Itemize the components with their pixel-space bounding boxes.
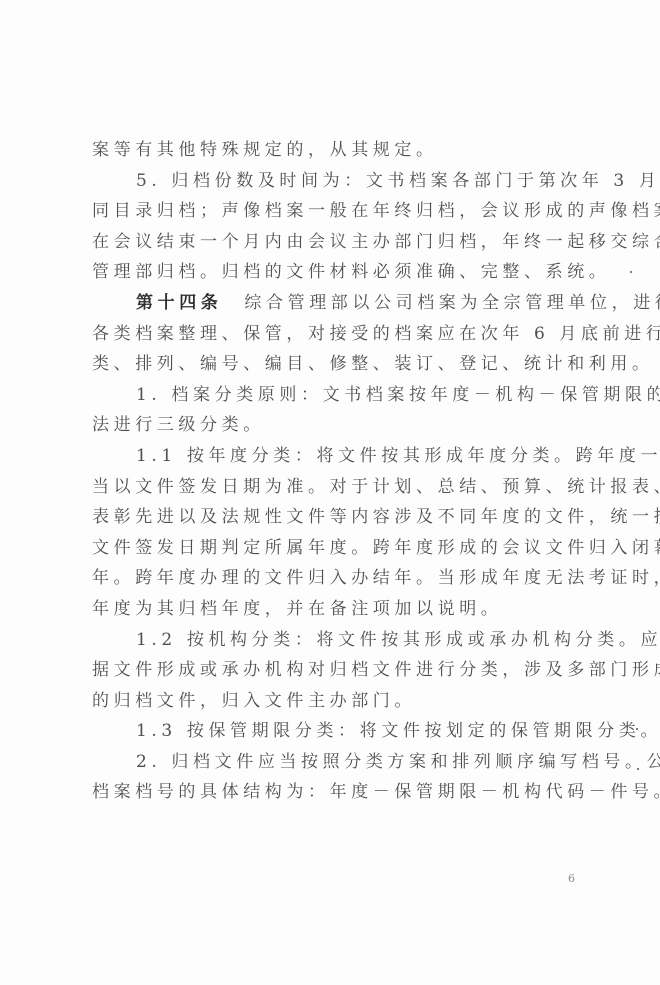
document-page: 案等有其他特殊规定的，从其规定。 5. 归档份数及时间为：文书档案各部门于第次年… (0, 0, 660, 985)
text-line: 年度为其归档年度，并在备注项加以说明。 (92, 594, 576, 625)
page-number: 6 (568, 872, 575, 885)
text-line: 各类档案整理、保管，对接受的档案应在次年 6 月底前进行分 (92, 319, 576, 350)
text-line: 的归档文件，归入文件主办部门。 (92, 686, 576, 717)
text-line: 1.1 按年度分类：将文件按其形成年度分类。跨年度一般应 (92, 441, 576, 472)
text-line: 类、排列、编号、编目、修整、装订、登记、统计和利用。 (92, 349, 576, 380)
article-heading: 第十四条 (136, 293, 222, 313)
text-line: 当以文件签发日期为准。对于计划、总结、预算、统计报表、 (92, 472, 576, 503)
text-line: 年。跨年度办理的文件归入办结年。当形成年度无法考证时， (92, 563, 576, 594)
article-line: 第十四条综合管理部以公司档案为全宗管理单位，进行 (92, 288, 576, 319)
scan-speck (630, 271, 632, 273)
text-line: 据文件形成或承办机构对归档文件进行分类，涉及多部门形成 (92, 655, 576, 686)
text-line: 1. 档案分类原则：文书档案按年度－机构－保管期限的方 (92, 380, 576, 411)
text-line: 5. 归档份数及时间为：文书档案各部门于第次年 3 月前连 (92, 166, 576, 197)
text-line: 同目录归档；声像档案一般在年终归档，会议形成的声像档案， (92, 196, 576, 227)
text-line: 1.3 按保管期限分类：将文件按划定的保管期限分类。 (92, 716, 576, 747)
scan-speck (636, 728, 638, 730)
text-line: 档案档号的具体结构为：年度－保管期限－机构代码－件号。 (92, 777, 576, 808)
text-line: 表彰先进以及法规性文件等内容涉及不同年度的文件，统一按 (92, 502, 576, 533)
text-line: 法进行三级分类。 (92, 410, 576, 441)
body-text: 案等有其他特殊规定的，从其规定。 5. 归档份数及时间为：文书档案各部门于第次年… (92, 135, 576, 808)
text-line: 2. 归档文件应当按照分类方案和排列顺序编写档号。公司 (92, 747, 576, 778)
text-line: 1.2 按机构分类：将文件按其形成或承办机构分类。应当根 (92, 625, 576, 656)
text-line: 文件签发日期判定所属年度。跨年度形成的会议文件归入闭幕 (92, 533, 576, 564)
text-line: 在会议结束一个月内由会议主办部门归档，年终一起移交综合 (92, 227, 576, 258)
scan-speck (637, 768, 639, 770)
text-line: 案等有其他特殊规定的，从其规定。 (92, 135, 576, 166)
text-line: 管理部归档。归档的文件材料必须准确、完整、系统。 (92, 257, 576, 288)
article-text: 综合管理部以公司档案为全宗管理单位，进行 (244, 293, 660, 313)
